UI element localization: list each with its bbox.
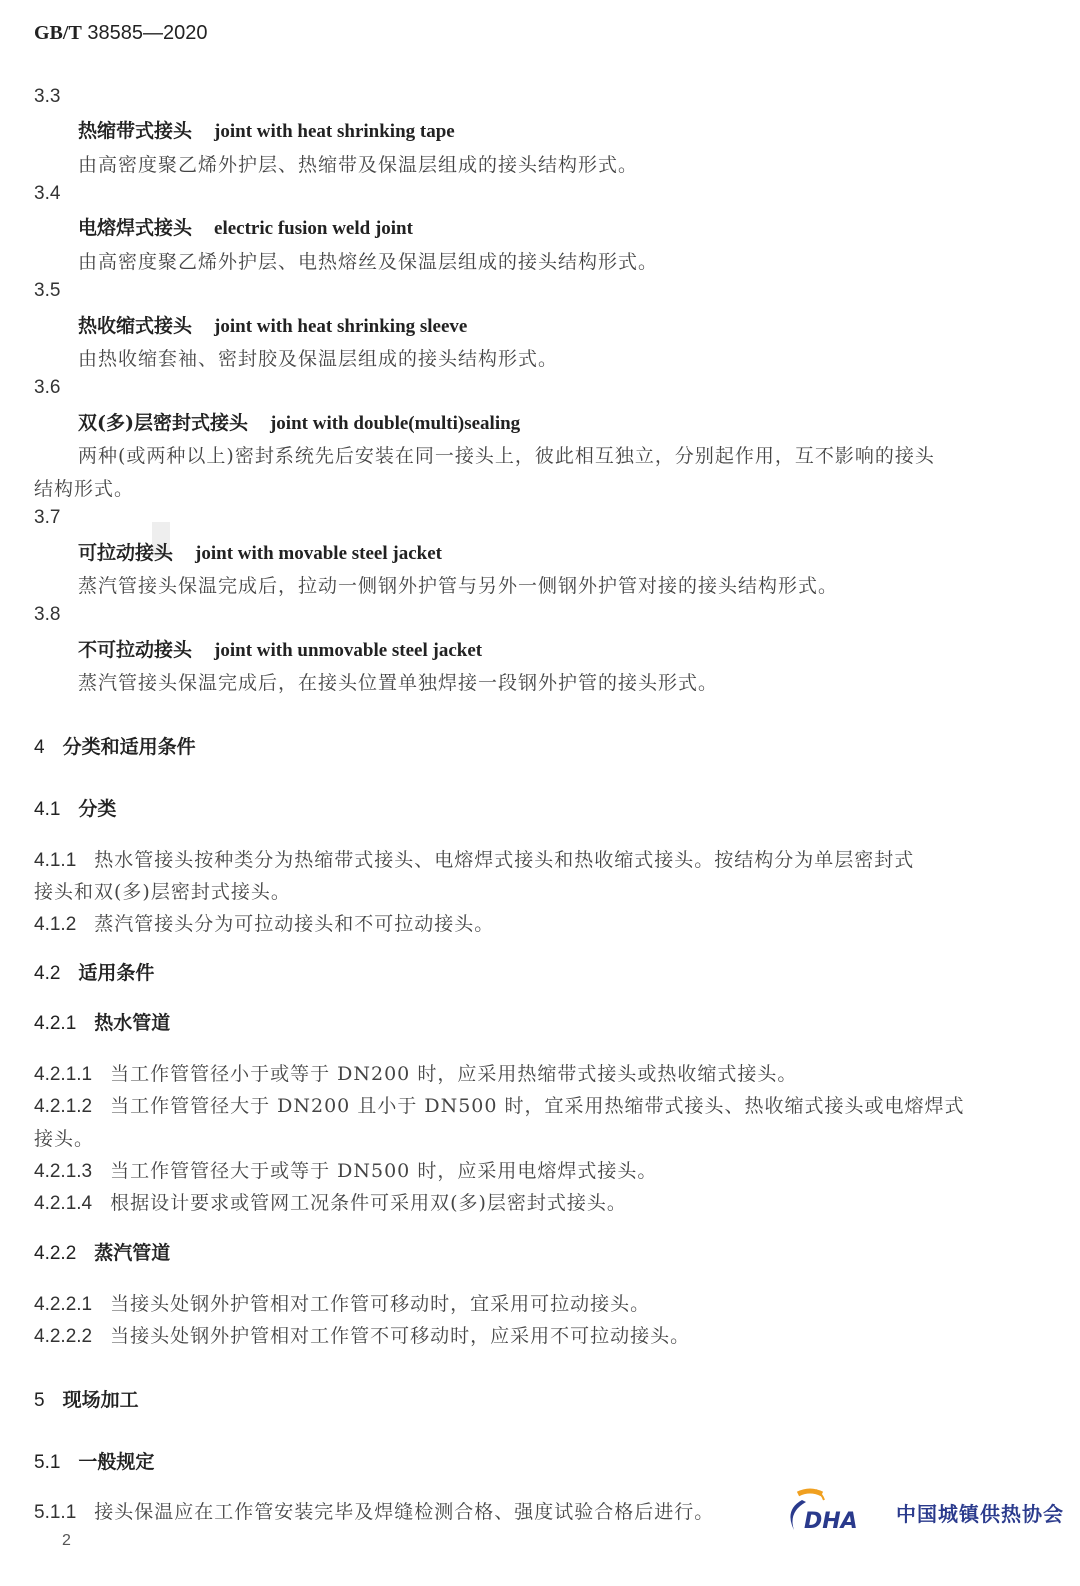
term-number: 3.3 bbox=[34, 86, 60, 108]
section-heading: 5现场加工 bbox=[34, 1385, 139, 1412]
section-heading: 4.2适用条件 bbox=[34, 958, 154, 985]
term-title: 双(多)层密封式接头joint with double(multi)sealin… bbox=[78, 408, 520, 435]
term-definition: 蒸汽管接头保温完成后，拉动一侧钢外护管与另外一侧钢外护管对接的接头结构形式。 bbox=[78, 571, 838, 598]
page-number: 2 bbox=[62, 1532, 71, 1550]
term-definition-cont: 结构形式。 bbox=[34, 474, 134, 501]
section-heading: 5.1一般规定 bbox=[34, 1447, 154, 1474]
standard-header: GB/T 38585—2020 bbox=[34, 22, 207, 45]
term-definition: 由热收缩套袖、密封胶及保温层组成的接头结构形式。 bbox=[78, 344, 558, 371]
term-zh: 热缩带式接头 bbox=[78, 120, 192, 142]
paragraph: 4.2.2.2当接头处钢外护管相对工作管不可移动时，应采用不可拉动接头。 bbox=[34, 1321, 690, 1348]
section-heading: 4.2.1热水管道 bbox=[34, 1008, 170, 1035]
svg-text:DHA: DHA bbox=[804, 1509, 858, 1534]
term-definition: 由高密度聚乙烯外护层、热缩带及保温层组成的接头结构形式。 bbox=[78, 150, 638, 177]
paragraph: 4.2.1.3当工作管管径大于或等于 DN500 时，应采用电熔焊式接头。 bbox=[34, 1156, 657, 1183]
term-en: electric fusion weld joint bbox=[214, 218, 413, 239]
term-number: 3.6 bbox=[34, 377, 60, 399]
term-zh: 热收缩式接头 bbox=[78, 315, 192, 337]
paragraph: 4.2.1.4根据设计要求或管网工况条件可采用双(多)层密封式接头。 bbox=[34, 1188, 627, 1215]
paragraph: 4.1.1热水管接头按种类分为热缩带式接头、电熔焊式接头和热收缩式接头。按结构分… bbox=[34, 845, 914, 872]
term-en: joint with heat shrinking sleeve bbox=[214, 316, 467, 337]
term-en: joint with double(multi)sealing bbox=[270, 413, 520, 434]
term-en: joint with unmovable steel jacket bbox=[214, 640, 482, 661]
paragraph-cont: 接头和双(多)层密封式接头。 bbox=[34, 877, 291, 904]
term-definition: 蒸汽管接头保温完成后，在接头位置单独焊接一段钢外护管的接头形式。 bbox=[78, 668, 718, 695]
paragraph-cont: 接头。 bbox=[34, 1124, 94, 1151]
paragraph: 4.2.1.2当工作管管径大于 DN200 且小于 DN500 时，宜采用热缩带… bbox=[34, 1091, 965, 1118]
cdha-logo-icon: DHA bbox=[776, 1488, 886, 1536]
term-title: 可拉动接头joint with movable steel jacket bbox=[78, 538, 442, 565]
section-heading: 4分类和适用条件 bbox=[34, 732, 196, 759]
paragraph: 4.1.2蒸汽管接头分为可拉动接头和不可拉动接头。 bbox=[34, 909, 494, 936]
term-definition: 由高密度聚乙烯外护层、电热熔丝及保温层组成的接头结构形式。 bbox=[78, 247, 658, 274]
term-zh: 不可拉动接头 bbox=[78, 639, 192, 661]
term-zh: 电熔焊式接头 bbox=[78, 217, 192, 239]
cdha-logo-text: 中国城镇供热协会 bbox=[896, 1498, 1064, 1527]
term-definition: 两种(或两种以上)密封系统先后安装在同一接头上，彼此相互独立，分别起作用，互不影… bbox=[78, 441, 935, 468]
term-number: 3.7 bbox=[34, 507, 60, 529]
term-title: 不可拉动接头joint with unmovable steel jacket bbox=[78, 635, 482, 662]
term-title: 电熔焊式接头electric fusion weld joint bbox=[78, 213, 413, 240]
term-zh: 可拉动接头 bbox=[78, 542, 173, 564]
paragraph: 4.2.2.1当接头处钢外护管相对工作管可移动时，宜采用可拉动接头。 bbox=[34, 1289, 650, 1316]
term-en: joint with heat shrinking tape bbox=[214, 121, 455, 142]
cdha-logo: DHA 中国城镇供热协会 bbox=[776, 1488, 1064, 1536]
term-number: 3.4 bbox=[34, 183, 60, 205]
standard-prefix: GB/T bbox=[34, 22, 82, 44]
term-en: joint with movable steel jacket bbox=[195, 543, 442, 564]
term-number: 3.8 bbox=[34, 604, 60, 626]
paragraph: 4.2.1.1当工作管管径小于或等于 DN200 时，应采用热缩带式接头或热收缩… bbox=[34, 1059, 797, 1086]
term-title: 热收缩式接头joint with heat shrinking sleeve bbox=[78, 311, 467, 338]
paragraph: 5.1.1接头保温应在工作管安装完毕及焊缝检测合格、强度试验合格后进行。 bbox=[34, 1497, 714, 1524]
standard-number: 38585—2020 bbox=[87, 22, 207, 44]
term-number: 3.5 bbox=[34, 280, 60, 302]
term-title: 热缩带式接头joint with heat shrinking tape bbox=[78, 116, 455, 143]
section-heading: 4.2.2蒸汽管道 bbox=[34, 1238, 170, 1265]
term-zh: 双(多)层密封式接头 bbox=[78, 412, 248, 434]
section-heading: 4.1分类 bbox=[34, 794, 116, 821]
